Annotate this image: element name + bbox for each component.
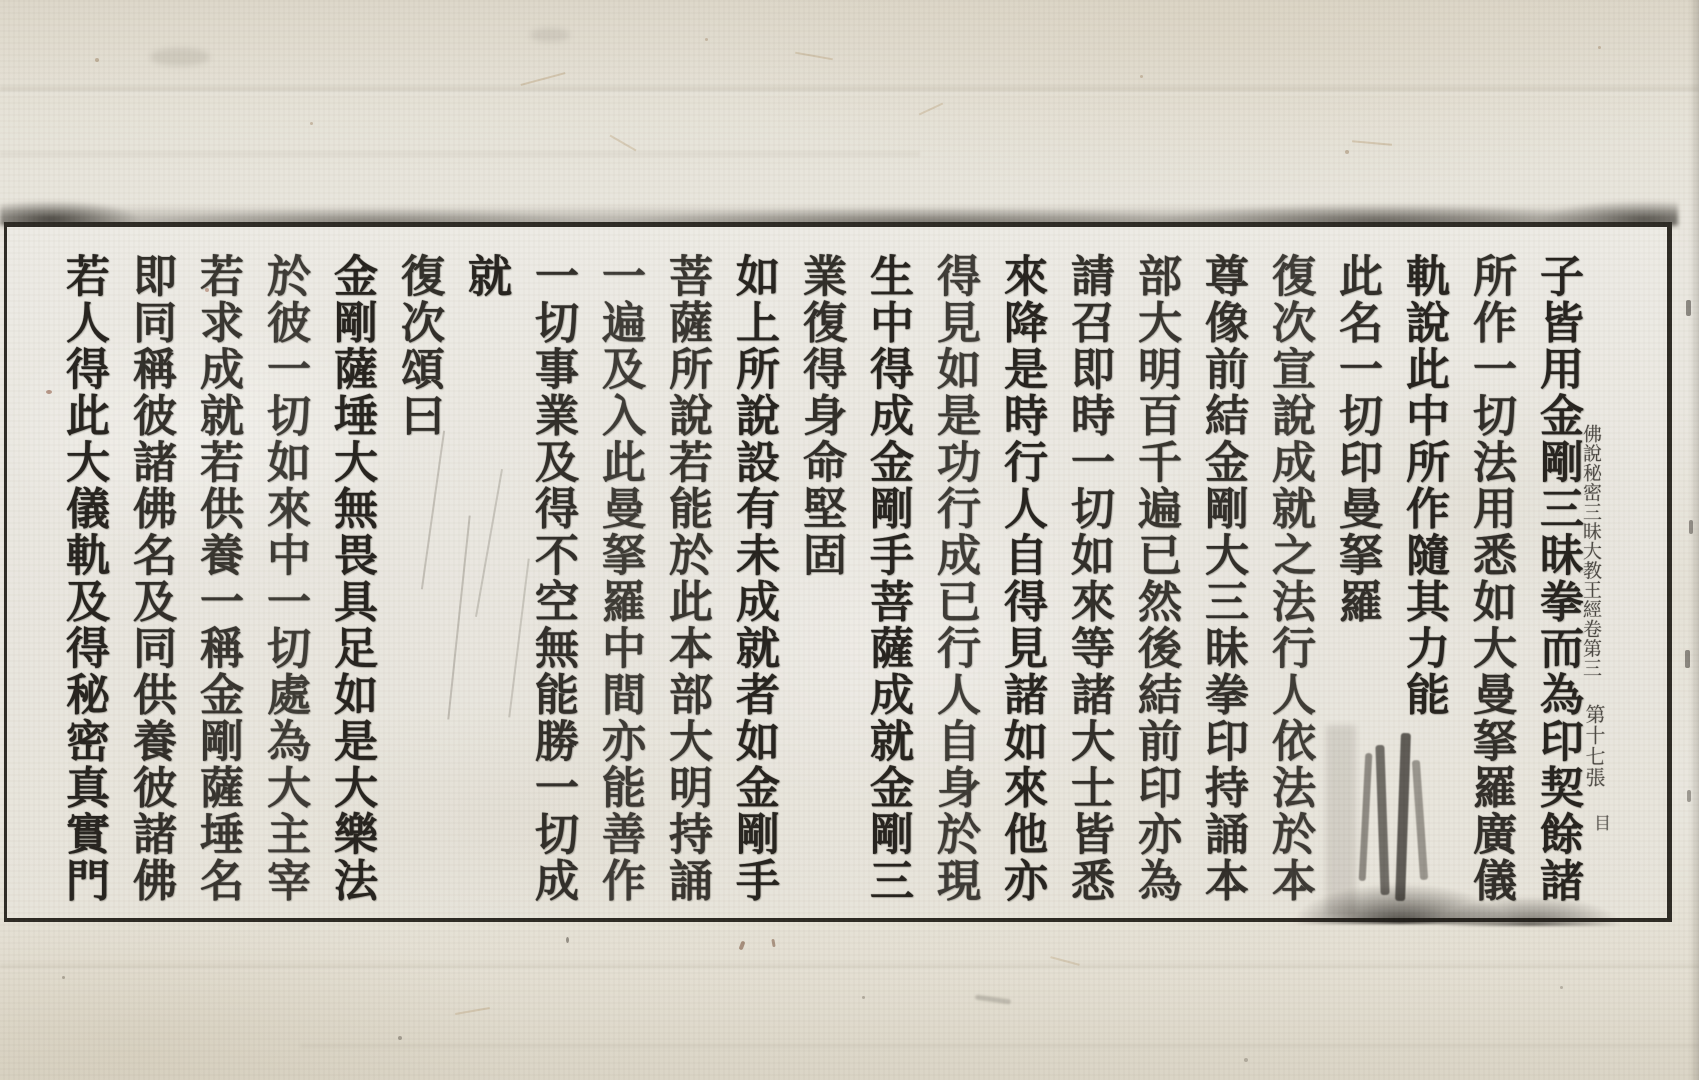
ink-smear-top-border	[0, 192, 1678, 226]
text-column: 若人得此大儀軌及得秘密真實門	[50, 253, 117, 921]
page-edge-shade	[1689, 0, 1699, 1080]
foxing-spot	[1560, 986, 1563, 989]
foxing-spot	[771, 939, 775, 947]
foxing-spot	[862, 996, 865, 999]
foxing-spot	[1598, 46, 1601, 49]
text-column: 一切事業及得不空無能勝一切成	[519, 253, 586, 921]
text-column: 就	[452, 253, 519, 921]
text-column: 此名一切印曼拏羅	[1323, 253, 1390, 921]
foxing-spot	[95, 58, 99, 62]
banxin-title: 佛說秘密三昧大教王經卷第三	[1578, 424, 1605, 694]
foxing-spot	[1244, 1058, 1248, 1062]
text-column: 來降是時行人自得見諸如來他亦	[988, 253, 1055, 921]
text-column: 得見如是功行成已行人自身於現	[921, 253, 988, 921]
text-column: 軌說此中所作隨其力能	[1390, 253, 1457, 921]
gray-smudge	[975, 995, 1011, 1005]
paper-crease	[0, 84, 1699, 96]
foxing-spot	[398, 1036, 402, 1040]
gray-smudge	[150, 48, 210, 66]
paper-crease	[0, 962, 1699, 972]
text-column: 業復得身命堅固	[787, 253, 854, 921]
paper-fiber	[610, 135, 637, 152]
paper-fiber	[1050, 956, 1079, 966]
edge-mark	[1685, 650, 1690, 668]
foxing-spot	[1345, 150, 1349, 154]
text-column: 一遍及入此曼拏羅中間亦能善作	[586, 253, 653, 921]
foxing-spot	[1140, 75, 1143, 78]
edge-mark	[1686, 300, 1691, 316]
collation-mark: 目	[1588, 814, 1613, 854]
text-column: 所作一切法用悉如大曼拏羅廣儀	[1457, 253, 1524, 921]
text-column: 即同稱彼諸佛名及同供養彼諸佛	[117, 253, 184, 921]
paper-crease	[300, 1042, 1699, 1050]
paper-crease	[0, 150, 920, 158]
paper-fiber	[455, 1007, 490, 1015]
text-column: 生中得成金剛手菩薩成就金剛三	[854, 253, 921, 921]
paper-fiber	[521, 72, 566, 86]
text-column: 於彼一切如來中一切處為大主宰	[251, 253, 318, 921]
paper-fiber	[1352, 140, 1392, 145]
edge-mark	[1687, 790, 1691, 802]
text-column: 部大明百千遍已然後結前印亦為	[1122, 253, 1189, 921]
manuscript-page: 子皆用金剛三昧拳而為印契餘諸所作一切法用悉如大曼拏羅廣儀軌說此中所作隨其力能此名…	[0, 0, 1699, 1080]
foxing-spot	[705, 38, 708, 41]
text-column: 復次宣說成就之法行人依法於本	[1256, 253, 1323, 921]
edge-mark	[1689, 520, 1693, 534]
text-column: 請召即時一切如來等諸大士皆悉	[1055, 253, 1122, 921]
text-column: 菩薩所說若能於此本部大明持誦	[653, 253, 720, 921]
text-column: 復次頌曰	[385, 253, 452, 921]
paper-fiber	[795, 52, 833, 61]
paper-fiber	[919, 103, 943, 116]
foxing-spot	[739, 941, 746, 951]
banxin-sheet-number: 第十七張	[1580, 704, 1609, 804]
text-columns: 子皆用金剛三昧拳而為印契餘諸所作一切法用悉如大曼拏羅廣儀軌說此中所作隨其力能此名…	[43, 253, 1591, 921]
text-column: 尊像前結金剛大三昧拳印持誦本	[1189, 253, 1256, 921]
text-column: 如上所說設有未成就者如金剛手	[720, 253, 787, 921]
gray-smudge	[530, 28, 570, 42]
foxing-spot	[566, 937, 569, 943]
foxing-spot	[310, 122, 313, 125]
foxing-spot	[62, 976, 65, 979]
text-column: 若求成就若供養一稱金剛薩埵名	[184, 253, 251, 921]
text-column: 金剛薩埵大無畏具足如是大樂法	[318, 253, 385, 921]
